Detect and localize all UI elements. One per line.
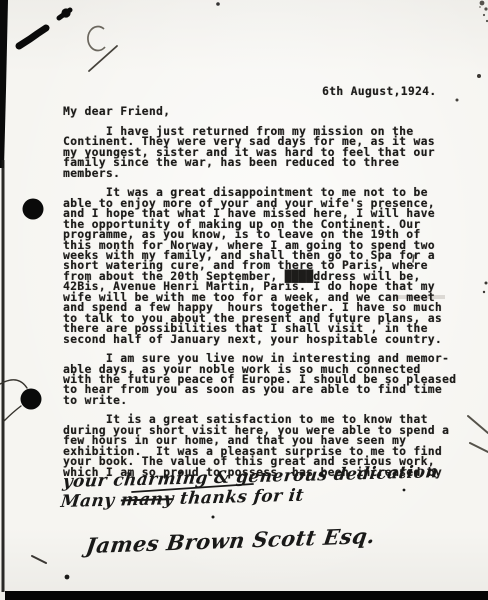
pen-scribble-mark: [19, 8, 71, 46]
speck-right-of-date: [456, 99, 459, 102]
pencil-arc-around-hole: [0, 380, 27, 421]
right-edge-specks: [477, 74, 488, 293]
letter-salutation: My dear Friend,: [63, 107, 170, 117]
speck-top: [216, 2, 220, 6]
pencil-mark-near-signature: [32, 556, 69, 579]
letter-paragraph-2: It was a great disappointment to me not …: [63, 188, 465, 345]
punch-hole-bottom: [21, 389, 42, 410]
handwritten-thanks-struck-word: many: [120, 489, 175, 510]
handwritten-thanks-pre: Many: [60, 490, 122, 512]
letter-body: I have just returned from my mission on …: [63, 127, 465, 487]
scan-edge-left-thick: [0, 0, 8, 168]
letter-paragraph-3: I am sure you live now in interesting an…: [63, 354, 465, 406]
corner-speckles: [479, 1, 488, 23]
letter-date: 6th August,1924.: [322, 87, 436, 97]
scanned-letter-page: 6th August,1924. My dear Friend, I have …: [0, 0, 488, 600]
scan-edge-left-line: [2, 160, 5, 592]
letter-paragraph-1: I have just returned from my mission on …: [63, 127, 465, 179]
punch-hole-top: [23, 199, 44, 220]
scan-edge-bottom-bar: [5, 591, 488, 600]
pencil-marks-right-margin: [468, 416, 488, 452]
handwritten-addressee-name: James Brown Scott Esq.: [84, 523, 376, 558]
handwritten-thanks-post: thanks for it: [173, 486, 305, 509]
pencil-mark-c: [88, 27, 117, 71]
